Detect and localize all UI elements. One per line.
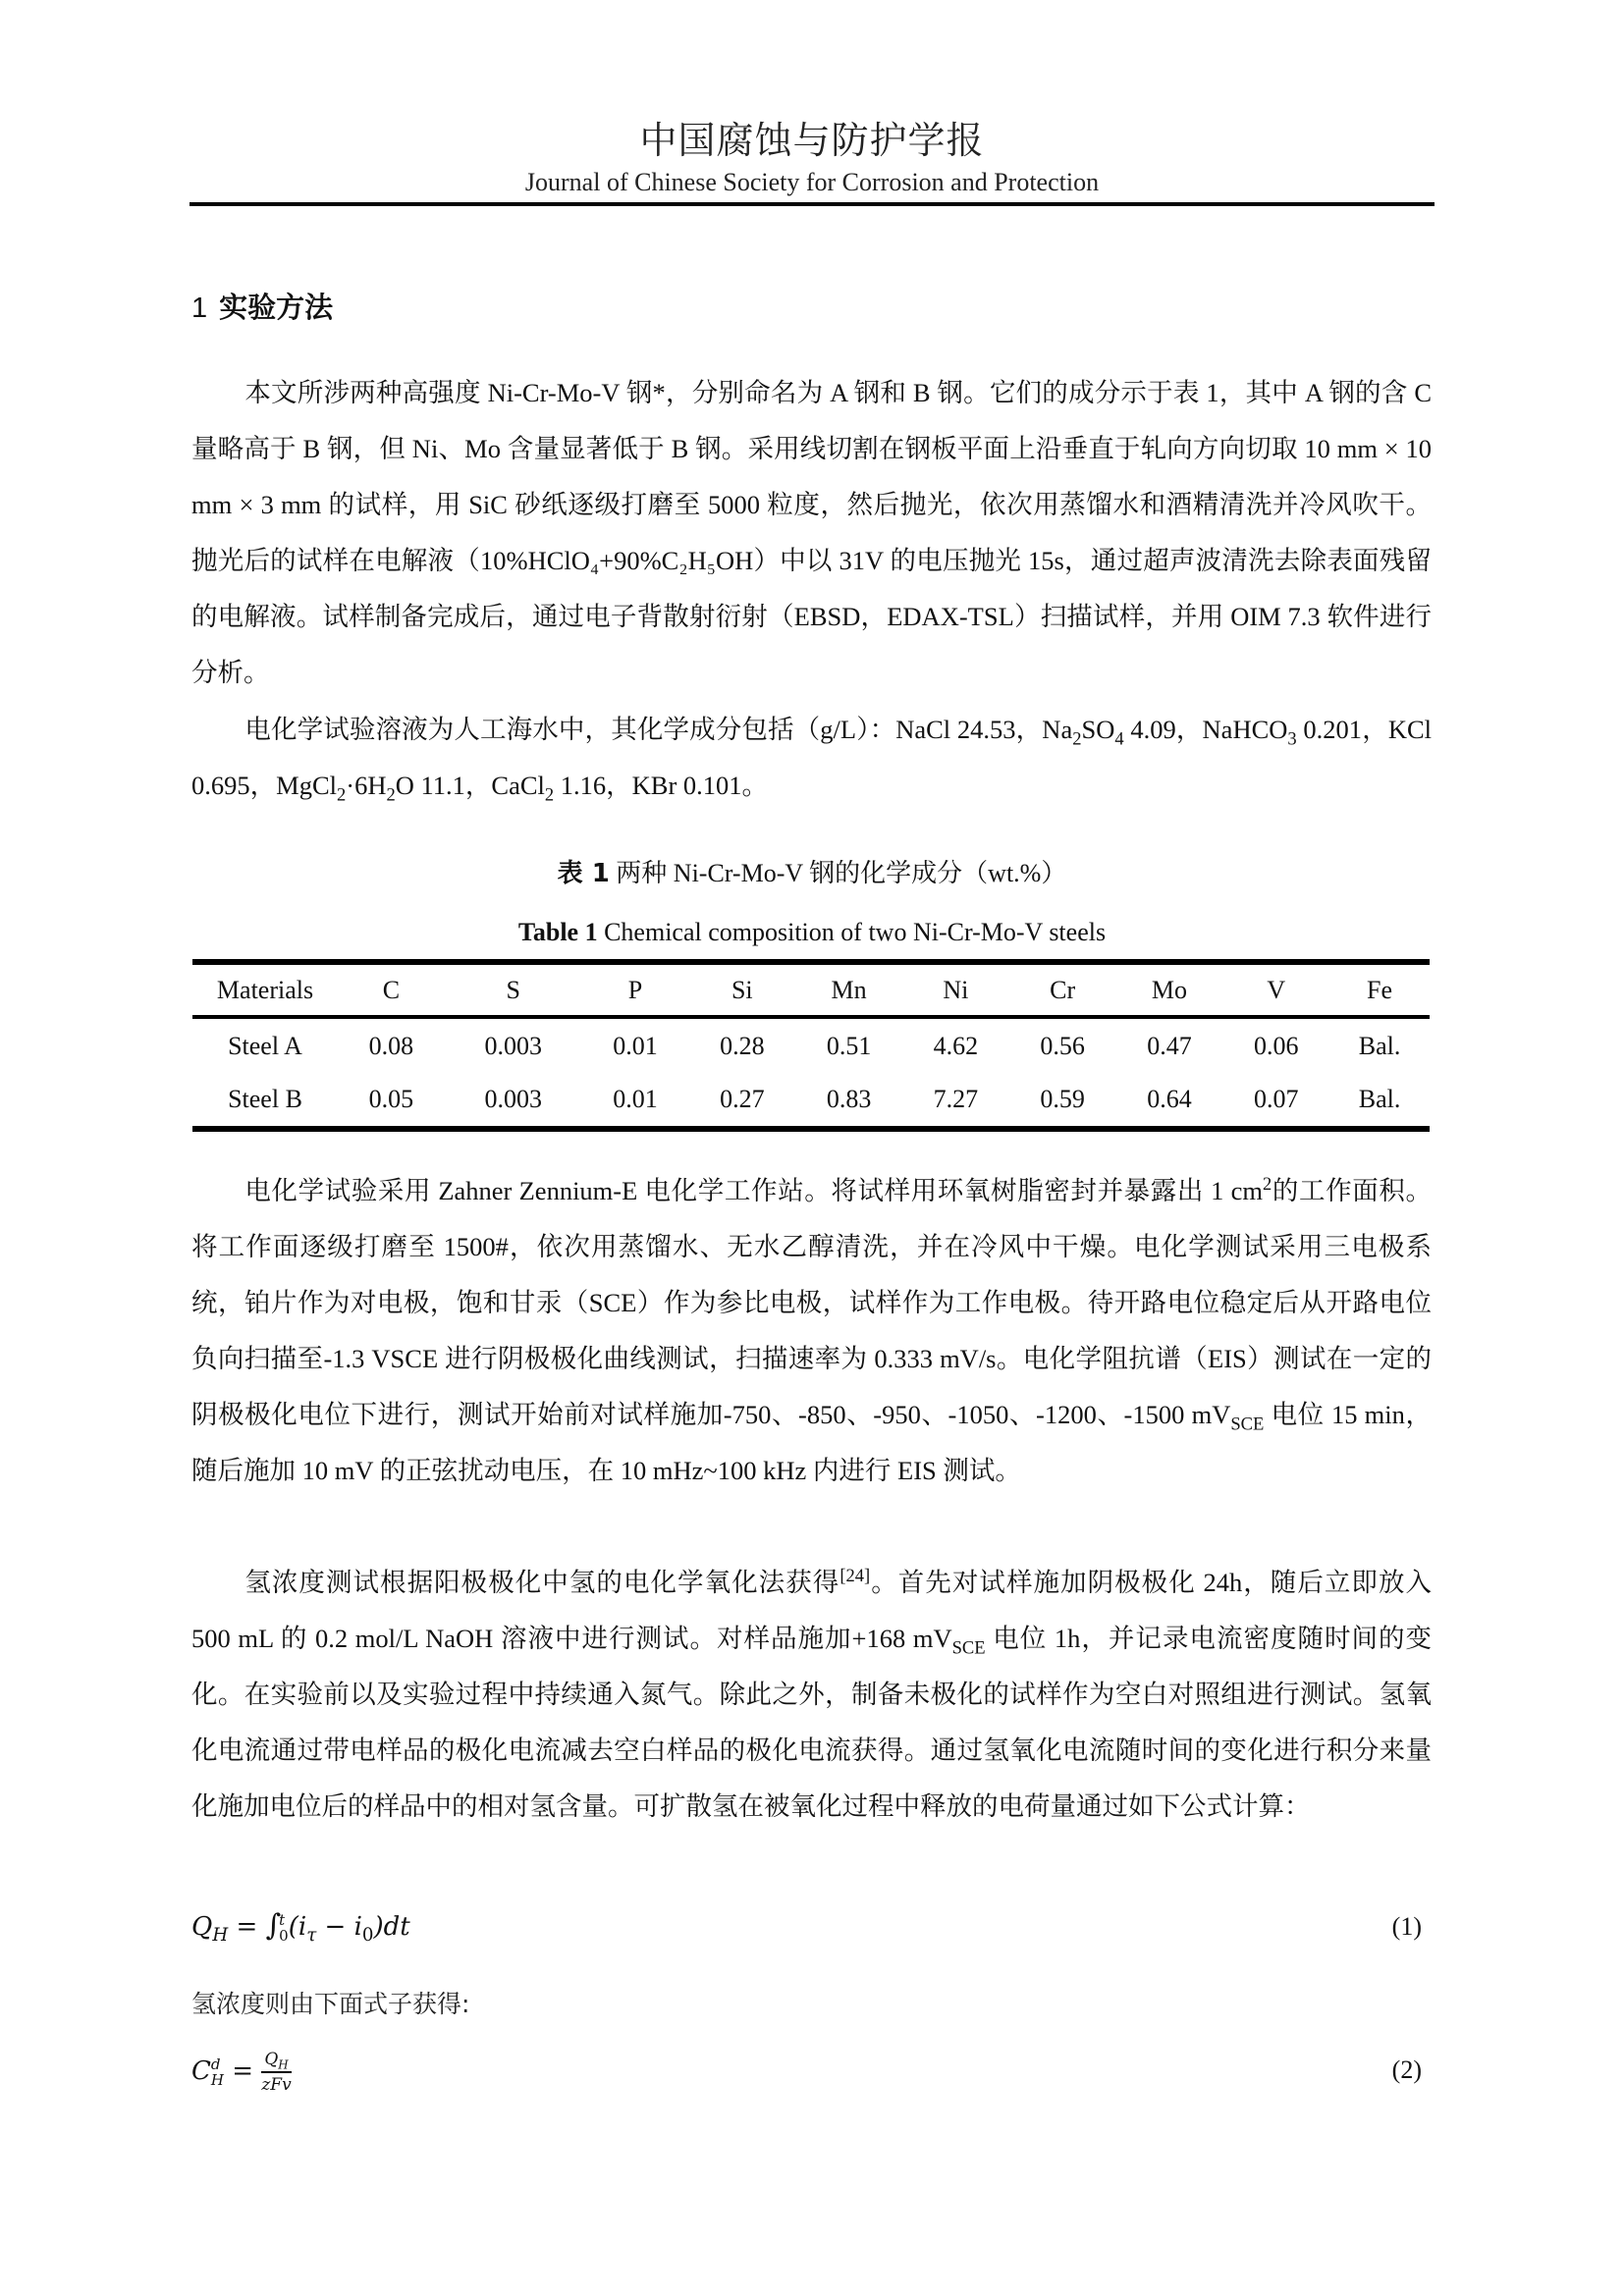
table-label-cn: 表 1: [558, 859, 610, 888]
paragraph-text: 电化学试验溶液为人工海水中，其化学成分包括（g/L）：NaCl 24.53，Na…: [191, 702, 1432, 814]
table-cell: 0.07: [1222, 1073, 1329, 1129]
column-header: Cr: [1009, 962, 1116, 1017]
citation-ref[interactable]: [24]: [839, 1566, 870, 1586]
paragraph-text: 电化学试验采用 Zahner Zennium-E 电化学工作站。将试样用环氧树脂…: [191, 1163, 1432, 1499]
table-header-row: Materials C S P Si Mn Ni Cr Mo V Fe: [192, 962, 1430, 1017]
journal-title-en: Journal of Chinese Society for Corrosion…: [0, 167, 1624, 198]
fraction: QHzFv: [261, 2050, 291, 2095]
composition-table: Materials C S P Si Mn Ni Cr Mo V Fe Stee…: [192, 959, 1430, 1132]
header-rule: [189, 202, 1435, 206]
equation-number-2: (2): [1392, 2056, 1422, 2085]
section-title: 实验方法: [219, 291, 333, 324]
section-heading: 1实验方法: [191, 287, 333, 329]
equation-2: CdH = QHzFv: [191, 2050, 292, 2095]
table-cell: Steel B: [192, 1073, 338, 1129]
table-cell: 0.003: [445, 1017, 582, 1073]
column-header: C: [338, 962, 445, 1017]
paragraph-text: 本文所涉两种高强度 Ni-Cr-Mo-V 钢*，分别命名为 A 钢和 B 钢。它…: [191, 365, 1432, 701]
table-cell: 0.51: [795, 1017, 902, 1073]
paragraph-hydrogen-test: 氢浓度测试根据阳极极化中氢的电化学氧化法获得[24]。首先对试样施加阴极极化 2…: [191, 1555, 1432, 1835]
table-caption-cn: 表 1 两种 Ni-Cr-Mo-V 钢的化学成分（wt.%）: [0, 856, 1624, 891]
column-header: Mn: [795, 962, 902, 1017]
column-header: S: [445, 962, 582, 1017]
paragraph-concentration-intro: 氢浓度则由下面式子获得:: [191, 1985, 469, 2024]
journal-title-cn: 中国腐蚀与防护学报: [0, 116, 1624, 165]
paragraph-electrochemical-setup: 电化学试验采用 Zahner Zennium-E 电化学工作站。将试样用环氧树脂…: [191, 1163, 1432, 1499]
table-cell: Bal.: [1329, 1073, 1430, 1129]
table-cell: Steel A: [192, 1017, 338, 1073]
table-cell: 0.003: [445, 1073, 582, 1129]
table-cell: 0.56: [1009, 1017, 1116, 1073]
table-cell: 0.01: [582, 1073, 689, 1129]
table-cell: 0.59: [1009, 1073, 1116, 1129]
column-header: Fe: [1329, 962, 1430, 1017]
table-cell: 0.06: [1222, 1017, 1329, 1073]
equation-number-1: (1): [1392, 1912, 1422, 1942]
column-header: Mo: [1116, 962, 1223, 1017]
column-header: Ni: [902, 962, 1009, 1017]
section-number: 1: [191, 293, 207, 324]
table-cell: Bal.: [1329, 1017, 1430, 1073]
table-caption-en: Table 1 Chemical composition of two Ni-C…: [0, 915, 1624, 950]
column-header: P: [582, 962, 689, 1017]
paragraph-text: 氢浓度测试根据阳极极化中氢的电化学氧化法获得[24]。首先对试样施加阴极极化 2…: [191, 1555, 1432, 1835]
table-cell: 4.62: [902, 1017, 1009, 1073]
table-cell: 0.28: [688, 1017, 795, 1073]
table-cell: 0.01: [582, 1017, 689, 1073]
table-row: Steel B 0.05 0.003 0.01 0.27 0.83 7.27 0…: [192, 1073, 1430, 1129]
table-cell: 0.05: [338, 1073, 445, 1129]
table-label-en: Table 1: [518, 918, 598, 946]
table-cell: 0.83: [795, 1073, 902, 1129]
column-header: Si: [688, 962, 795, 1017]
table-cell: 7.27: [902, 1073, 1009, 1129]
equation-1: QH = ∫t0(iτ − i0)dt: [191, 1908, 410, 1944]
table-cell: 0.27: [688, 1073, 795, 1129]
table-row: Steel A 0.08 0.003 0.01 0.28 0.51 4.62 0…: [192, 1017, 1430, 1073]
paragraph-solution: 电化学试验溶液为人工海水中，其化学成分包括（g/L）：NaCl 24.53，Na…: [191, 702, 1432, 814]
table-cell: 0.08: [338, 1017, 445, 1073]
paragraph-materials: 本文所涉两种高强度 Ni-Cr-Mo-V 钢*，分别命名为 A 钢和 B 钢。它…: [191, 365, 1432, 701]
table-cell: 0.64: [1116, 1073, 1223, 1129]
table-cell: 0.47: [1116, 1017, 1223, 1073]
column-header: Materials: [192, 962, 338, 1017]
column-header: V: [1222, 962, 1329, 1017]
